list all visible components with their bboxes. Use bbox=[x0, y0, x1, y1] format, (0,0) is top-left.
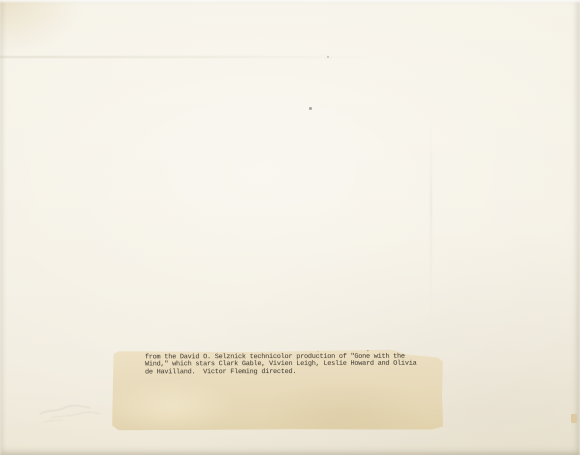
pencil-smudge bbox=[34, 396, 120, 428]
caption-label: Mrs. Meade (Leona Roberts) and India Wil… bbox=[112, 350, 443, 431]
paper-crease-horizontal bbox=[0, 56, 370, 58]
photo-back-scan: Mrs. Meade (Leona Roberts) and India Wil… bbox=[0, 0, 580, 455]
paper-chip bbox=[571, 414, 577, 423]
paper-speck bbox=[309, 107, 312, 110]
caption-line-4: de Havilland. Victor Fleming directed. bbox=[145, 368, 443, 376]
caption-text-block: Mrs. Meade (Leona Roberts) and India Wil… bbox=[145, 350, 443, 377]
paper-speck bbox=[327, 56, 329, 58]
paper-crease-vertical bbox=[430, 120, 432, 320]
